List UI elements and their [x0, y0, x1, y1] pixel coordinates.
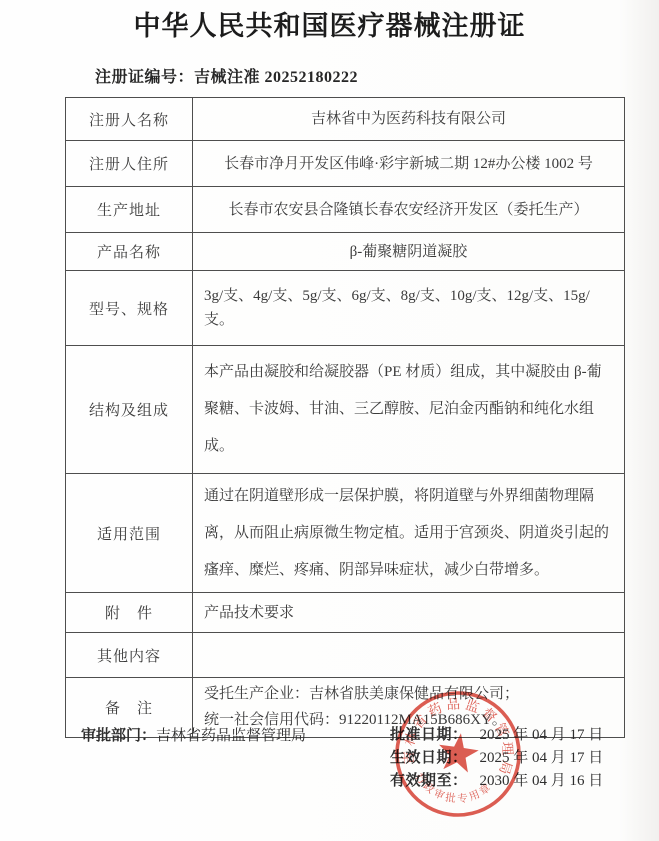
- date-label: 有效期至：: [390, 773, 468, 789]
- date-value: 2030 年 04 月 16 日: [480, 773, 604, 789]
- approval-department-label: 审批部门：: [81, 728, 156, 744]
- field-label: 生产地址: [66, 187, 193, 233]
- date-line: 有效期至：2030 年 04 月 16 日: [390, 770, 603, 793]
- field-label: 适用范围: [66, 474, 193, 593]
- field-value: 3g/支、4g/支、5g/支、6g/支、8g/支、10g/支、12g/支、15g…: [193, 271, 625, 346]
- date-line: 生效日期：2025 年 04 月 17 日: [390, 747, 603, 770]
- table-row: 结构及组成本产品由凝胶和给凝胶器（PE 材质）组成，其中凝胶由 β-葡聚糖、卡波…: [66, 346, 625, 474]
- certificate-page: 中华人民共和国医疗器械注册证 注册证编号：吉械注准 20252180222 注册…: [0, 0, 659, 841]
- certificate-table: 注册人名称吉林省中为医药科技有限公司注册人住所长春市净月开发区伟峰·彩宇新城二期…: [65, 97, 625, 738]
- table-row: 适用范围通过在阴道壁形成一层保护膜，将阴道壁与外界细菌物理隔离，从而阻止病原微生…: [66, 474, 625, 593]
- date-label: 批准日期：: [390, 727, 468, 743]
- field-label: 其他内容: [66, 633, 193, 678]
- field-value: 本产品由凝胶和给凝胶器（PE 材质）组成，其中凝胶由 β-葡聚糖、卡波姆、甘油、…: [193, 346, 625, 474]
- table-row: 注册人住所长春市净月开发区伟峰·彩宇新城二期 12#办公楼 1002 号: [66, 141, 625, 187]
- page-title: 中华人民共和国医疗器械注册证: [0, 4, 659, 43]
- field-label: 结构及组成: [66, 346, 193, 474]
- approval-department-value: 吉林省药品监督管理局: [156, 728, 306, 744]
- date-block: 批准日期：2025 年 04 月 17 日生效日期：2025 年 04 月 17…: [390, 724, 603, 793]
- field-value: 长春市农安县合隆镇长春农安经济开发区（委托生产）: [193, 187, 625, 233]
- date-value: 2025 年 04 月 17 日: [480, 750, 604, 766]
- field-value: 吉林省中为医药科技有限公司: [193, 98, 625, 141]
- approval-department-line: 审批部门：吉林省药品监督管理局: [81, 724, 306, 745]
- table-row: 型号、规格3g/支、4g/支、5g/支、6g/支、8g/支、10g/支、12g/…: [66, 271, 625, 346]
- field-value: β-葡聚糖阴道凝胶: [193, 233, 625, 271]
- cert-number-value: 吉械注准 20252180222: [194, 69, 358, 86]
- field-label: 型号、规格: [66, 271, 193, 346]
- field-value: 长春市净月开发区伟峰·彩宇新城二期 12#办公楼 1002 号: [193, 141, 625, 187]
- field-label: 注册人住所: [66, 141, 193, 187]
- table-row: 其他内容: [66, 633, 625, 678]
- field-value: 产品技术要求: [193, 593, 625, 633]
- cert-number-label: 注册证编号：: [95, 69, 194, 86]
- date-line: 批准日期：2025 年 04 月 17 日: [390, 724, 603, 747]
- field-value: [193, 633, 625, 678]
- cert-number-line: 注册证编号：吉械注准 20252180222: [95, 64, 358, 87]
- field-value: 通过在阴道壁形成一层保护膜，将阴道壁与外界细菌物理隔离，从而阻止病原微生物定植。…: [193, 474, 625, 593]
- field-label: 产品名称: [66, 233, 193, 271]
- table-row: 附 件产品技术要求: [66, 593, 625, 633]
- table-row: 注册人名称吉林省中为医药科技有限公司: [66, 98, 625, 141]
- table-row: 生产地址长春市农安县合隆镇长春农安经济开发区（委托生产）: [66, 187, 625, 233]
- field-label: 附 件: [66, 593, 193, 633]
- date-label: 生效日期：: [390, 750, 468, 766]
- field-label: 注册人名称: [66, 98, 193, 141]
- date-value: 2025 年 04 月 17 日: [480, 727, 604, 743]
- table-row: 产品名称β-葡聚糖阴道凝胶: [66, 233, 625, 271]
